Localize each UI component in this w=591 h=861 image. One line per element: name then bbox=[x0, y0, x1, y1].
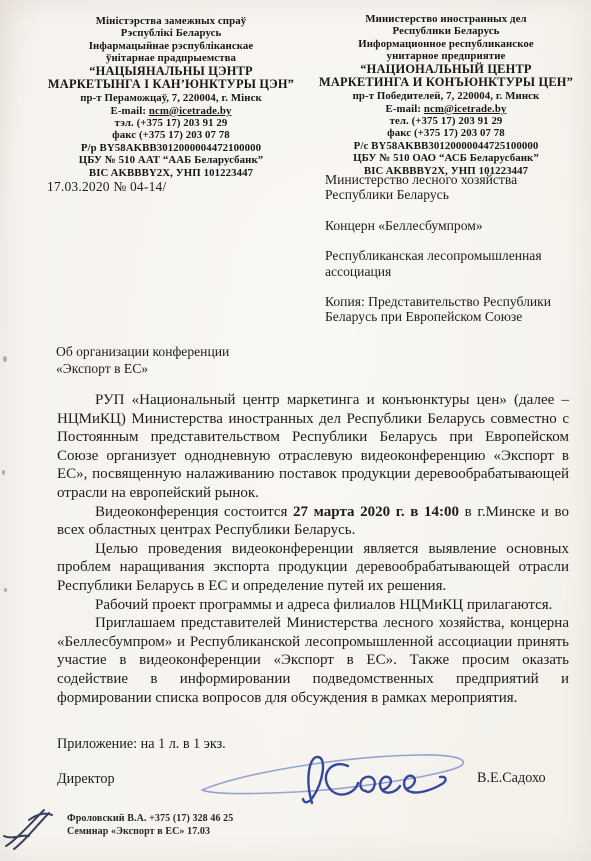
body-paragraph-5: Приглашаем представителей Министерства л… bbox=[57, 614, 569, 707]
email-label: E-mail: bbox=[386, 103, 421, 115]
letterhead-russian: Министерство иностранных дел Республики … bbox=[312, 13, 580, 177]
recipient-copy-eu-mission: Копия: Представительство Республики Бела… bbox=[325, 294, 583, 325]
phone-line: тел. (+375 17) 203 91 29 bbox=[312, 115, 580, 127]
phone-line: тэл. (+375 17) 203 91 29 bbox=[33, 117, 309, 129]
subject-line1: Об организации конференции bbox=[56, 343, 229, 360]
recipient-ministry-forestry: Министерство лесного хозяйства Республик… bbox=[325, 172, 583, 203]
bank-name-line: ЦБУ № 510 ОАО “АСБ Беларусбанк” bbox=[312, 152, 580, 164]
country-name: Республики Беларусь bbox=[312, 25, 580, 37]
org-name-line1: “НАЦЫЯНАЛЬНЫ ЦЭНТР bbox=[33, 65, 309, 79]
bank-name-line: ЦБУ № 510 ААТ “ААБ Беларусбанк” bbox=[33, 154, 309, 166]
org-name-line2: МАРКЕТИНГА И КОНЪЮНКТУРЫ ЦЕН” bbox=[312, 76, 580, 90]
bank-account-line: Р/р BY58AKBB3012000004472100000 bbox=[33, 142, 309, 154]
fax-line: факс (+375 17) 203 07 78 bbox=[33, 129, 309, 141]
org-type-line2: унитарное предприятие bbox=[312, 50, 580, 62]
ministry-name: Министерство иностранных дел bbox=[312, 13, 580, 25]
body-paragraph-2: Видеоконференция состоится 27 марта 2020… bbox=[57, 503, 569, 540]
bank-account-line: Р/с BY58AKBB30120000044725100000 bbox=[312, 140, 580, 152]
email-line: E-mail: ncm@icetrade.by bbox=[312, 103, 580, 115]
signer-position-title: Директор bbox=[57, 771, 115, 788]
scanned-letter-page: Міністэрства замежных спраў Рэспублікі Б… bbox=[0, 0, 591, 861]
email-line: E-mail: ncm@icetrade.by bbox=[33, 105, 309, 117]
body-paragraph-1: РУП «Национальный центр маркетинга и кон… bbox=[57, 391, 569, 503]
recipient-line: Министерство лесного хозяйства bbox=[325, 172, 583, 187]
recipients-block: Министерство лесного хозяйства Республик… bbox=[325, 172, 583, 340]
director-signature-icon bbox=[196, 746, 474, 808]
country-name: Рэспублікі Беларусь bbox=[33, 27, 309, 39]
subject-line2: «Экспорт в ЕС» bbox=[56, 360, 229, 377]
scan-speck bbox=[2, 470, 5, 475]
recipient-concern-bellesbumprom: Концерн «Беллесбумпром» bbox=[325, 218, 583, 233]
org-type-line2: ўнітарнае прадпрыемства bbox=[33, 52, 309, 64]
bic-unp-line: BIC AKBBBY2X, УНП 101223447 bbox=[33, 167, 309, 179]
email-address: ncm@icetrade.by bbox=[424, 103, 507, 115]
fax-line: факс (+375 17) 203 07 78 bbox=[312, 127, 580, 139]
executor-footer: Фроловский В.А. +375 (17) 328 46 25 Семи… bbox=[67, 813, 233, 839]
org-type-line1: Информационное республиканское bbox=[312, 38, 580, 50]
recipient-line: Копия: Представительство Республики bbox=[325, 294, 583, 309]
scan-speck bbox=[3, 356, 7, 362]
org-type-line1: Інфармацыйнае рэспубліканскае bbox=[33, 40, 309, 52]
reference-date-number: 17.03.2020 № 04-14/ bbox=[47, 179, 166, 195]
recipient-line: Концерн «Беллесбумпром» bbox=[325, 218, 583, 233]
p2-date-time-bold: 27 марта 2020 г. в 14:00 bbox=[293, 504, 459, 520]
executor-contact: Фроловский В.А. +375 (17) 328 46 25 bbox=[67, 813, 233, 826]
body-paragraph-3: Целью проведения видеоконференции являет… bbox=[57, 540, 569, 596]
recipient-line: Беларусь при Европейском Союзе bbox=[325, 309, 583, 324]
signer-name: В.Е.Садохо bbox=[477, 770, 546, 787]
org-name-line2: МАРКЕТЫНГА І КАН’ЮНКТУРЫ ЦЭН” bbox=[33, 78, 309, 92]
scan-speck bbox=[4, 588, 7, 592]
ministry-name: Міністэрства замежных спраў bbox=[33, 15, 309, 27]
letter-body: РУП «Национальный центр маркетинга и кон… bbox=[57, 391, 569, 707]
recipient-line: Республики Беларусь bbox=[325, 187, 583, 202]
executor-visa-icon bbox=[2, 806, 62, 856]
letter-subject: Об организации конференции «Экспорт в ЕС… bbox=[56, 343, 229, 377]
org-address: пр-т Победителей, 7, 220004, г. Минск bbox=[312, 90, 580, 102]
event-note: Семинар «Экспорт в ЕС» 17.03 bbox=[67, 826, 233, 839]
org-name-line1: “НАЦИОНАЛЬНЫЙ ЦЕНТР bbox=[312, 63, 580, 77]
body-paragraph-4: Рабочий проект программы и адреса филиал… bbox=[57, 596, 569, 615]
letterhead-belarusian: Міністэрства замежных спраў Рэспублікі Б… bbox=[33, 15, 309, 179]
recipient-line: Республиканская лесопромышленная bbox=[325, 248, 583, 263]
recipient-timber-association: Республиканская лесопромышленная ассоциа… bbox=[325, 248, 583, 279]
recipient-line: ассоциация bbox=[325, 264, 583, 279]
email-label: E-mail: bbox=[111, 105, 146, 117]
org-address: пр-т Пераможцаў, 7, 220004, г. Мінск bbox=[33, 92, 309, 104]
p2-text-pre: Видеоконференция состоится bbox=[95, 504, 293, 520]
email-address: ncm@icetrade.by bbox=[149, 105, 232, 117]
